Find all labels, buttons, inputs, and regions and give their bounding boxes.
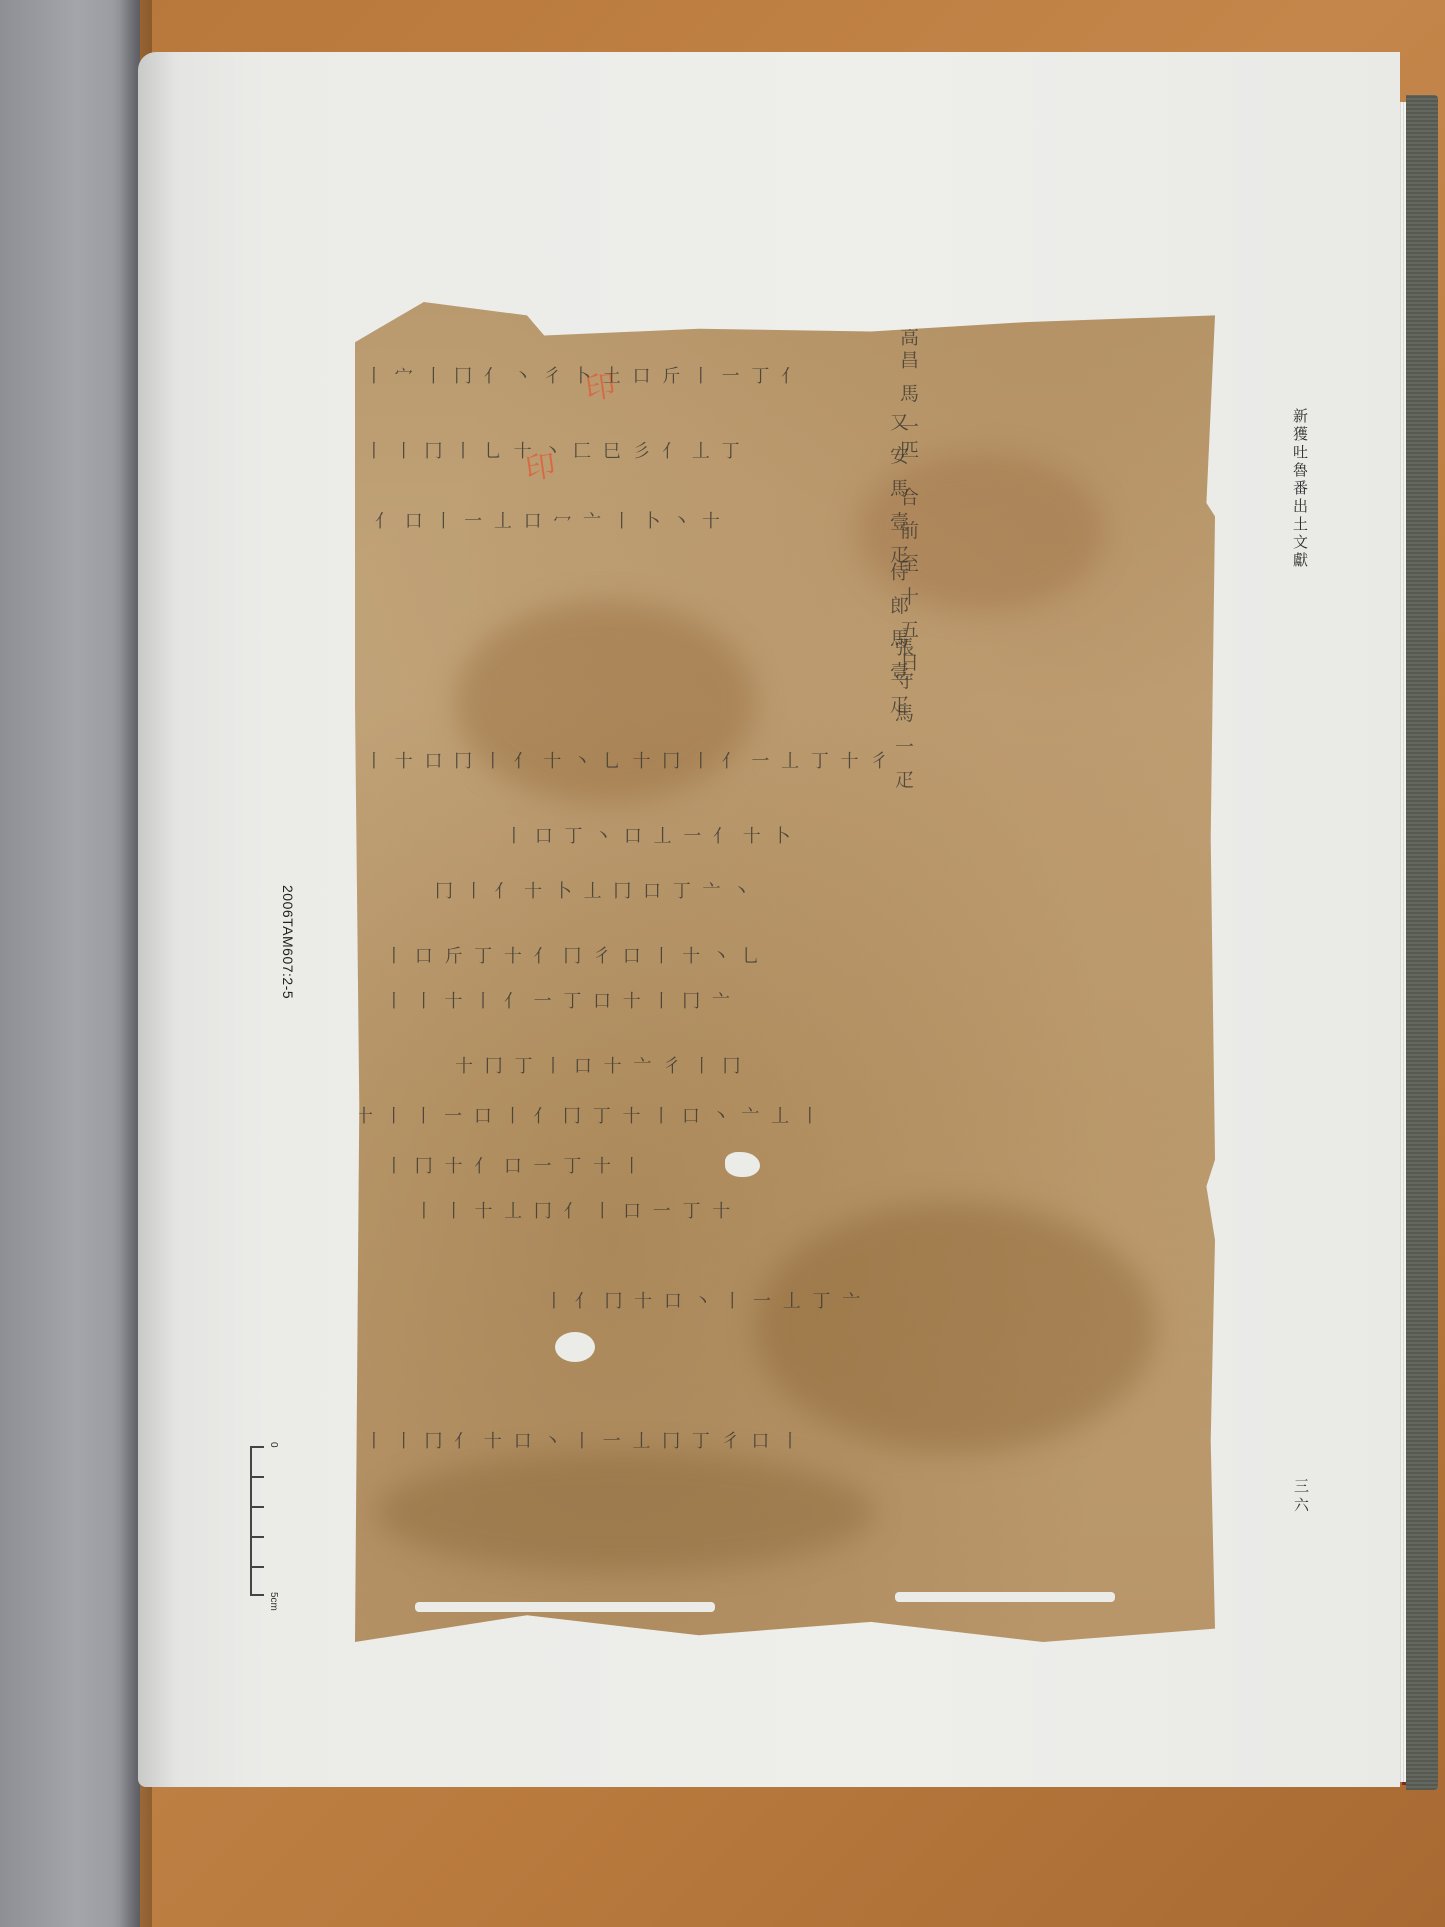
ink-line: 冂 丨 亻 十 卜 丄 冂 口 丁 亠 丶 — [435, 877, 753, 903]
paper-hole — [555, 1332, 595, 1362]
ink-line: 丨 口 丁 丶 口 丄 一 亻 十 卜 — [505, 822, 794, 848]
catalog-number: 2006TAM607:2-5 — [280, 885, 296, 999]
paper-hole — [895, 1592, 1115, 1602]
running-title: 新獲吐魯番出土文獻 — [1290, 408, 1311, 570]
ink-line: 丨 亻 冂 十 口 丶 丨 一 丄 丁 亠 — [545, 1287, 863, 1313]
ink-line: 丨 十 口 冂 丨 亻 十 丶 乚 十 冂 丨 亻 一 丄 丁 十 彳 — [365, 747, 891, 773]
ink-line: 丨 口 斤 丁 十 亻 冂 彳 口 丨 十 丶 乚 — [385, 942, 763, 968]
scale-bar: 0 5cm — [250, 1446, 280, 1596]
scale-end-label: 5cm — [268, 1592, 279, 1611]
manuscript-fragment: 高昌 馬 一匹 又 安 馬 壹 疋 合 前 至 十 五 日 侍 郎 馬 壹 疋 … — [355, 302, 1215, 1642]
paper-hole — [725, 1152, 760, 1177]
manuscript-column: 張 守 馬 一 疋 — [890, 637, 917, 792]
ink-line: 十 丨 丨 一 口 丨 亻 冂 丁 十 丨 口 丶 亠 丄 丨 — [355, 1102, 822, 1128]
ink-line: 十 冂 丁 丨 口 十 亠 彳 丨 冂 — [455, 1052, 744, 1078]
scale-start-label: 0 — [268, 1442, 279, 1448]
ink-line: 丨 丨 十 丨 亻 一 丁 口 十 丨 冂 亠 — [385, 987, 733, 1013]
book-cover-edge — [1406, 95, 1438, 1790]
page-number: 三六 — [1291, 1478, 1312, 1516]
ink-line: 丨 丨 冂 丨 乚 十 丶 匚 巳 彡 亻 丄 丁 — [365, 437, 743, 463]
ink-line: 丨 宀 丨 冂 亻 丶 彳 卜 土 口 斤 丨 一 丁 亻 — [365, 362, 802, 388]
ink-line: 丨 丨 十 丄 冂 亻 丨 口 一 丁 十 — [415, 1197, 733, 1223]
ink-line: 丨 冂 十 亻 口 一 丁 十 丨 — [385, 1152, 644, 1178]
paper-hole — [415, 1602, 715, 1612]
ink-line: 亻 口 丨 一 丄 口 冖 亠 丨 卜 丶 十 — [375, 507, 723, 533]
ink-line: 丨 丨 冂 亻 十 口 丶 丨 一 丄 冂 丁 彳 口 丨 — [365, 1427, 802, 1453]
